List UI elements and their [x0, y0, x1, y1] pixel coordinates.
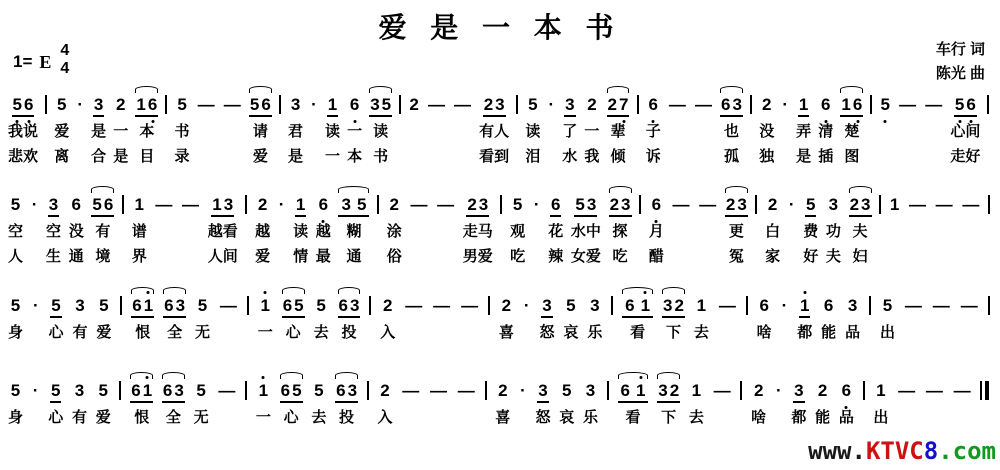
- note-row: 3: [93, 86, 104, 115]
- bar-cell: [165, 86, 167, 165]
- note-char: 3: [537, 381, 548, 401]
- note-char: 6: [720, 95, 731, 115]
- lyric-line-1: 了: [562, 124, 577, 140]
- note-row: 61: [618, 372, 649, 401]
- note-row: —: [961, 186, 980, 215]
- note-row: ·: [32, 372, 40, 401]
- lyric-line-2: 吃: [613, 249, 628, 265]
- lyric-line-2: 独: [759, 149, 774, 165]
- barline: [516, 95, 518, 114]
- note-cell: ·: [781, 86, 789, 165]
- note-char: 3: [173, 381, 184, 401]
- lyric-line-1: 品: [839, 410, 854, 426]
- note-row: 61: [131, 287, 154, 316]
- note-row: —: [223, 86, 242, 115]
- lyric-line-1: 读: [325, 124, 340, 140]
- lyric-line-1: 水中: [571, 224, 601, 240]
- barline: [879, 195, 881, 214]
- note-cell: 6越最: [316, 186, 331, 265]
- note-row: ·: [76, 86, 84, 115]
- note-row: —: [154, 186, 173, 215]
- note-group: 5: [313, 381, 324, 401]
- note-char: ·: [32, 296, 40, 316]
- note-row: 5: [176, 86, 187, 115]
- note-row: —: [219, 287, 238, 316]
- note-char: —: [453, 95, 472, 115]
- lyric-line-1: 哀: [563, 325, 578, 341]
- lyric-line-1: 弄: [796, 124, 811, 140]
- note-group: —: [960, 296, 979, 316]
- note-row: ·: [533, 186, 541, 215]
- slur-arc: [849, 186, 872, 193]
- note-row: 6: [841, 372, 852, 401]
- lyric-line-2: 辣: [548, 249, 563, 265]
- lyric-line-1: 哀: [559, 410, 574, 426]
- note-cell: ·: [278, 186, 286, 265]
- lyric-line-1: 乐: [587, 325, 602, 341]
- note-row: 3: [589, 287, 600, 316]
- note-row: 5: [512, 186, 523, 215]
- note-cell: 16楚图: [840, 86, 863, 165]
- note-char: 6: [349, 95, 360, 115]
- note-row: 56: [91, 186, 114, 215]
- barline: [485, 381, 487, 400]
- slur-arc: [622, 287, 653, 294]
- lyric-line-1: 读: [293, 224, 308, 240]
- note-char: 6: [820, 95, 831, 115]
- lyric-line-2: 泪: [525, 149, 540, 165]
- bar-cell: [879, 186, 881, 265]
- note-group: 61: [618, 381, 649, 403]
- lyric-line-1: 费: [803, 224, 818, 240]
- barline: [165, 95, 167, 114]
- lyric-line-2: 通: [69, 249, 84, 265]
- bar-cell: [247, 287, 249, 341]
- note-cell: 63投: [338, 287, 361, 341]
- note-row: 5: [10, 372, 21, 401]
- note-group: 2: [497, 381, 508, 401]
- note-cell: ·: [775, 372, 783, 426]
- note-group: ·: [781, 296, 789, 316]
- note-char: 2: [609, 195, 620, 215]
- note-group: 1: [133, 195, 144, 215]
- lyric-line-1: 去: [694, 325, 709, 341]
- note-cell: ·: [32, 287, 40, 341]
- note-group: 56: [249, 95, 272, 117]
- note-row: 23: [609, 186, 632, 215]
- barline: [607, 381, 609, 400]
- note-cell: 63全: [162, 372, 185, 426]
- note-char: 2: [115, 95, 126, 115]
- barline: [45, 95, 47, 114]
- lyric-line-1: 身: [8, 325, 23, 341]
- note-cell: 5身: [8, 372, 23, 426]
- note-group: 2: [382, 296, 393, 316]
- note-group: 3: [541, 296, 552, 318]
- note-row: 6: [70, 186, 81, 215]
- note-row: 61: [622, 287, 653, 316]
- note-cell: ·: [781, 287, 789, 341]
- lyric-line-1: 能: [821, 325, 836, 341]
- barline: [746, 296, 748, 315]
- note-char: 5: [354, 195, 369, 215]
- note-group: —: [672, 195, 691, 215]
- note-group: ·: [278, 195, 286, 215]
- note-row: 2: [389, 186, 400, 215]
- note-char: 5: [10, 381, 21, 401]
- note-row: 6: [823, 287, 834, 316]
- lyric-line-2: 夫: [826, 249, 841, 265]
- note-cell: 3乐: [583, 372, 598, 426]
- note-row: —: [197, 86, 216, 115]
- note-cell: 2没独: [759, 86, 774, 165]
- note-group: 35: [369, 95, 392, 117]
- lyric-line-1: 出: [880, 325, 895, 341]
- note-cell: 5心: [49, 287, 64, 341]
- barline: [247, 296, 249, 315]
- note-row: 35: [369, 86, 392, 115]
- note-cell: ·: [310, 86, 318, 165]
- note-cell: —: [457, 372, 476, 426]
- barline: [637, 95, 639, 114]
- slur-arc: [163, 287, 186, 294]
- lyric-line-1: 全: [166, 410, 181, 426]
- lyric-line-1: 去: [689, 410, 704, 426]
- note-cell: 61看: [622, 287, 653, 341]
- lyric-line-1: 爱: [96, 410, 111, 426]
- lyric-line-1: 越: [255, 224, 270, 240]
- note-cell: ·: [523, 287, 531, 341]
- note-char: 1: [798, 95, 809, 115]
- lyric-line-2: 本: [347, 149, 362, 165]
- note-row: [639, 186, 641, 215]
- note-char: 5: [176, 95, 187, 115]
- note-group: 1: [327, 95, 338, 117]
- note-cell: 5无: [195, 287, 210, 341]
- note-char: —: [409, 195, 428, 215]
- note-char: 2: [753, 381, 764, 401]
- bar-cell: [637, 86, 639, 165]
- note-cell: ·: [32, 372, 40, 426]
- note-group: 5: [565, 296, 576, 316]
- lyric-line-1: 我说: [8, 124, 38, 140]
- lyric-line-2: 家: [765, 249, 780, 265]
- note-group: 32: [662, 296, 685, 318]
- lyric-line-1: 爱: [96, 325, 111, 341]
- note-row: 3: [541, 287, 552, 316]
- note-cell: 3空生: [46, 186, 61, 265]
- note-cell: 53水中女爱: [571, 186, 601, 265]
- note-cell: —: [898, 86, 917, 165]
- note-char: 3: [347, 381, 358, 401]
- note-cell: —: [409, 186, 428, 265]
- note-group: 5: [50, 296, 61, 318]
- note-char: —: [924, 95, 943, 115]
- note-char: 5: [97, 381, 108, 401]
- lyric-line-1: 谱: [132, 224, 147, 240]
- note-cell: 5书录: [175, 86, 190, 165]
- note-char: 3: [290, 95, 301, 115]
- bar-cell: [122, 186, 124, 265]
- lyric-line-1: 有: [95, 224, 110, 240]
- note-group: 63: [338, 296, 361, 318]
- note-cell: —: [217, 372, 236, 426]
- note-char: 1: [691, 381, 702, 401]
- note-row: 53: [574, 186, 597, 215]
- lyric-line-1: 投: [339, 410, 354, 426]
- note-cell: 56请爱: [249, 86, 272, 165]
- note-group: 6: [758, 296, 769, 316]
- note-char: 5: [50, 381, 61, 401]
- lyric-line-2: 孤: [724, 149, 739, 165]
- lyric-line-1: 子: [646, 124, 661, 140]
- note-char: ·: [32, 381, 40, 401]
- time-signature: 4 4: [58, 42, 71, 78]
- slur-arc: [607, 86, 630, 93]
- note-char: 5: [291, 381, 302, 401]
- lyric-line-2: 情: [293, 249, 308, 265]
- note-char: 5: [249, 95, 260, 115]
- lyric-line-1: 糊: [346, 224, 361, 240]
- note-char: 3: [541, 296, 552, 316]
- note-row: —: [924, 86, 943, 115]
- note-group: —: [401, 381, 420, 401]
- note-char: 1: [295, 195, 306, 215]
- note-row: ·: [781, 287, 789, 316]
- slur-arc: [725, 186, 748, 193]
- lyric-line-1: 入: [380, 325, 395, 341]
- lyric-line-1: 都: [797, 325, 812, 341]
- note-char: 3: [620, 195, 631, 215]
- lyric-line-2: 俗: [387, 249, 402, 265]
- lyric-line-2: 悲欢: [8, 149, 38, 165]
- note-cell: 5: [880, 86, 891, 165]
- note-group: 65: [282, 296, 305, 318]
- note-group: 2: [586, 95, 597, 115]
- watermark-segment: .com: [938, 437, 996, 465]
- note-row: —: [453, 86, 472, 115]
- note-row: 23: [849, 186, 872, 215]
- note-group: —: [223, 95, 242, 115]
- lyric-line-1: 都: [791, 410, 806, 426]
- note-row: 32: [662, 287, 685, 316]
- key-tonic: E: [39, 52, 51, 73]
- sheet-music-page: 爱 是 一 本 书 1= E 4 4 车行 词 陈光 曲 56我说悲欢5爱离·3…: [0, 0, 1000, 470]
- note-row: 63: [335, 372, 358, 401]
- note-cell: 3有: [72, 372, 87, 426]
- note-cell: 2越爱: [255, 186, 270, 265]
- note-char: 6: [162, 381, 173, 401]
- note-group: —: [694, 95, 713, 115]
- note-cell: 2一是: [113, 86, 128, 165]
- lyric-line-2: 倾: [611, 149, 626, 165]
- bar-cell: [607, 372, 609, 426]
- note-char: 1: [143, 296, 154, 316]
- note-char: 6: [131, 296, 142, 316]
- note-group: ·: [775, 381, 783, 401]
- slur-arc: [162, 372, 185, 379]
- note-group: 5: [882, 296, 893, 316]
- note-char: 2: [257, 195, 268, 215]
- slur-arc: [609, 186, 632, 193]
- note-row: 27: [607, 86, 630, 115]
- note-row: —: [457, 372, 476, 401]
- note-cell: 6清插: [818, 86, 833, 165]
- note-cell: —: [181, 186, 200, 265]
- lyric-line-1: 白: [765, 224, 780, 240]
- note-group: ·: [310, 95, 318, 115]
- note-cell: 2入: [378, 372, 393, 426]
- note-group: 56: [12, 95, 35, 117]
- note-cell: 6一本: [347, 86, 362, 165]
- note-char: 6: [550, 195, 561, 215]
- note-group: —: [961, 195, 980, 215]
- note-group: 1: [798, 95, 809, 117]
- note-char: —: [427, 95, 446, 115]
- note-cell: 35糊通: [338, 186, 369, 265]
- lyric-line-1: 品: [845, 325, 860, 341]
- bar-cell: [988, 186, 990, 265]
- lyric-line-2: 境: [95, 249, 110, 265]
- note-cell: 5哀: [563, 287, 578, 341]
- note-group: 6: [651, 195, 662, 215]
- bar-cell: [279, 86, 281, 165]
- lyric-line-2: 人间: [208, 249, 238, 265]
- note-char: 5: [381, 95, 392, 115]
- note-char: 3: [494, 95, 505, 115]
- note-group: 5: [512, 195, 523, 215]
- note-group: 5: [880, 95, 891, 115]
- note-row: 63: [720, 86, 743, 115]
- note-row: 5: [97, 372, 108, 401]
- note-cell: 65心: [282, 287, 305, 341]
- note-cell: —: [429, 372, 448, 426]
- note-cell: —: [154, 186, 173, 265]
- barline: [119, 381, 121, 400]
- note-cell: 16本目: [135, 86, 158, 165]
- note-cell: 1都: [797, 287, 812, 341]
- note-row: 5: [98, 287, 109, 316]
- lyric-line-1: 心: [49, 325, 64, 341]
- note-char: 6: [103, 195, 114, 215]
- note-char: —: [897, 381, 916, 401]
- note-char: 3: [369, 95, 380, 115]
- slur-arc: [662, 287, 685, 294]
- lyric-line-2: 目: [139, 149, 154, 165]
- watermark: www.KTVC8.com: [808, 437, 996, 465]
- note-char: 6: [651, 195, 662, 215]
- note-group: 23: [466, 195, 489, 217]
- note-cell: 6花辣: [548, 186, 563, 265]
- note-row: 5: [565, 287, 576, 316]
- note-char: —: [197, 95, 216, 115]
- music-system-2: 5空人·3空生6没通56有境1谱界——13越看人间2越爱·1读情6越最35糊通2…: [8, 186, 990, 265]
- note-cell: —: [925, 372, 944, 426]
- note-cell: 2啥: [751, 372, 766, 426]
- note-char: —: [713, 381, 732, 401]
- note-char: —: [904, 296, 923, 316]
- barline: [750, 95, 752, 114]
- note-group: ·: [548, 95, 556, 115]
- note-row: —: [409, 186, 428, 215]
- lyric-line-1: 更: [729, 224, 744, 240]
- note-char: 5: [313, 381, 324, 401]
- note-row: [607, 372, 609, 401]
- lyric-line-1: 越看: [208, 224, 238, 240]
- note-cell: 3功夫: [826, 186, 841, 265]
- note-char: 5: [512, 195, 523, 215]
- slur-arc: [338, 287, 361, 294]
- note-char: 6: [823, 296, 834, 316]
- bar-cell: [120, 287, 122, 341]
- lyric-line-1: 走马: [463, 224, 493, 240]
- note-char: 1: [142, 381, 153, 401]
- bar-cell: [746, 287, 748, 341]
- note-group: ·: [533, 195, 541, 215]
- note-cell: 5出: [880, 287, 895, 341]
- note-group: 61: [622, 296, 653, 318]
- note-row: —: [953, 372, 972, 401]
- note-char: ·: [533, 195, 541, 215]
- key-signature: 1= E 4 4: [13, 46, 71, 78]
- barline: [639, 195, 641, 214]
- note-char: 1: [638, 296, 653, 316]
- note-cell: 3品: [845, 287, 860, 341]
- note-char: 5: [195, 381, 206, 401]
- note-row: 3: [537, 372, 548, 401]
- note-row: 3: [847, 287, 858, 316]
- note-row: 13: [211, 186, 234, 215]
- note-cell: 32下: [657, 372, 680, 426]
- slur-arc: [338, 186, 369, 193]
- lyric-line-2: 界: [132, 249, 147, 265]
- note-cell: —: [953, 372, 972, 426]
- note-char: —: [404, 296, 423, 316]
- note-char: 2: [501, 296, 512, 316]
- key-prefix: 1=: [13, 52, 32, 72]
- note-cell: —: [932, 287, 951, 341]
- note-row: 2: [115, 86, 126, 115]
- note-row: 2: [382, 287, 393, 316]
- note-group: ·: [781, 95, 789, 115]
- note-group: 5: [97, 381, 108, 401]
- note-char: 3: [732, 95, 743, 115]
- note-row: —: [672, 186, 691, 215]
- note-char: —: [953, 381, 972, 401]
- lyric-line-1: 没: [759, 124, 774, 140]
- note-char: —: [217, 381, 236, 401]
- lyric-line-2: 冤: [729, 249, 744, 265]
- note-group: —: [897, 381, 916, 401]
- note-cell: 3都: [791, 372, 806, 426]
- note-cell: 1去: [694, 287, 709, 341]
- note-row: 61: [130, 372, 153, 401]
- note-row: [869, 287, 871, 316]
- note-row: [165, 86, 167, 115]
- barline: [245, 381, 247, 400]
- note-row: —: [668, 86, 687, 115]
- note-row: [399, 86, 401, 115]
- lyric-line-2: 图: [844, 149, 859, 165]
- note-cell: 5爱: [96, 287, 111, 341]
- note-group: 1: [691, 381, 702, 401]
- note-cell: 2能: [815, 372, 830, 426]
- note-char: 5: [527, 95, 538, 115]
- lyric-line-1: 清: [818, 124, 833, 140]
- watermark-segment: 8: [924, 437, 938, 465]
- note-group: —: [904, 296, 923, 316]
- lyric-line-2: 男爱: [463, 249, 493, 265]
